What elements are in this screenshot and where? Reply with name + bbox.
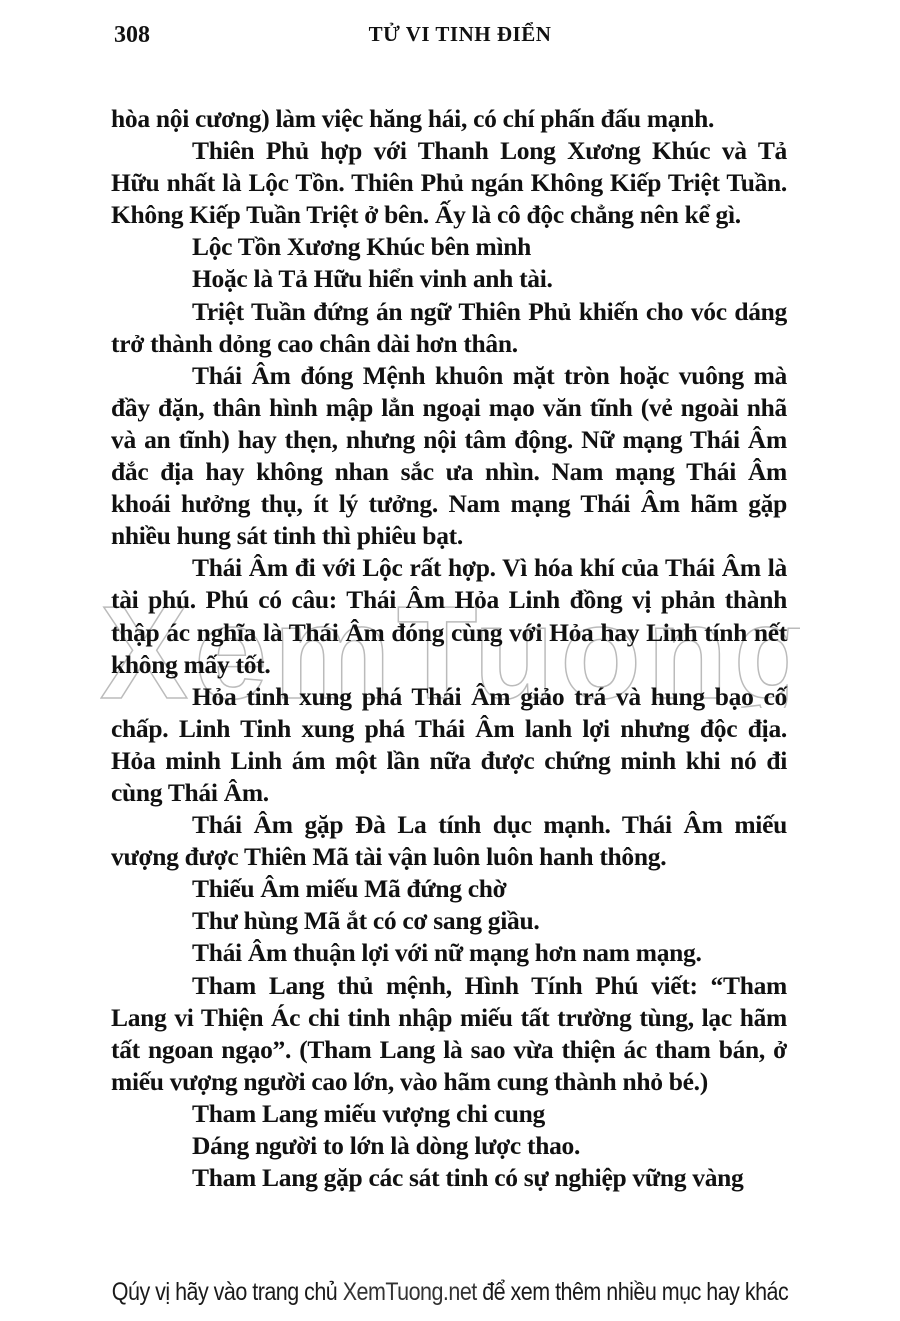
paragraph: Thiên Phủ hợp với Thanh Long Xương Khúc … — [111, 135, 787, 231]
footer-notice: Qúy vị hãy vào trang chủ XemTuong.net để… — [63, 1278, 837, 1307]
running-title: TỬ VI TINH ĐIỂN — [110, 22, 790, 47]
footer-text-before: Qúy vị hãy vào trang chủ — [112, 1278, 343, 1306]
verse-line: Hoặc là Tả Hữu hiển vinh anh tài. — [111, 263, 787, 295]
paragraph: Tham Lang thủ mệnh, Hình Tính Phú viết: … — [111, 970, 787, 1098]
book-page: 308 TỬ VI TINH ĐIỂN XemTuong.net hòa nội… — [0, 0, 900, 1321]
footer-text-after: để xem thêm nhiều mục hay khác — [477, 1278, 788, 1306]
paragraph: Triệt Tuần đứng án ngữ Thiên Phủ khiến c… — [111, 296, 787, 360]
verse-line: Tham Lang gặp các sát tinh có sự nghiệp … — [111, 1162, 787, 1194]
verse-line: Thư hùng Mã ắt có cơ sang giầu. — [111, 905, 787, 937]
paragraph: Thái Âm đi với Lộc rất hợp. Vì hóa khí c… — [111, 552, 787, 680]
verse-line: Tham Lang miếu vượng chi cung — [111, 1098, 787, 1130]
paragraph: Hỏa tinh xung phá Thái Âm giảo trá và hu… — [111, 681, 787, 809]
verse-line: Lộc Tồn Xương Khúc bên mình — [111, 231, 787, 263]
paragraph: Thái Âm đóng Mệnh khuôn mặt tròn hoặc vu… — [111, 360, 787, 553]
page-header: 308 TỬ VI TINH ĐIỂN — [110, 22, 790, 56]
verse-line: Thiếu Âm miếu Mã đứng chờ — [111, 873, 787, 905]
verse-line: Thái Âm thuận lợi với nữ mạng hơn nam mạ… — [111, 937, 787, 969]
paragraph: hòa nội cương) làm việc hăng hái, có chí… — [111, 103, 787, 135]
body-text: hòa nội cương) làm việc hăng hái, có chí… — [111, 103, 787, 1194]
site-link[interactable]: XemTuong.net — [343, 1278, 477, 1306]
paragraph: Thái Âm gặp Đà La tính dục mạnh. Thái Âm… — [111, 809, 787, 873]
verse-line: Dáng người to lớn là dòng lược thao. — [111, 1130, 787, 1162]
